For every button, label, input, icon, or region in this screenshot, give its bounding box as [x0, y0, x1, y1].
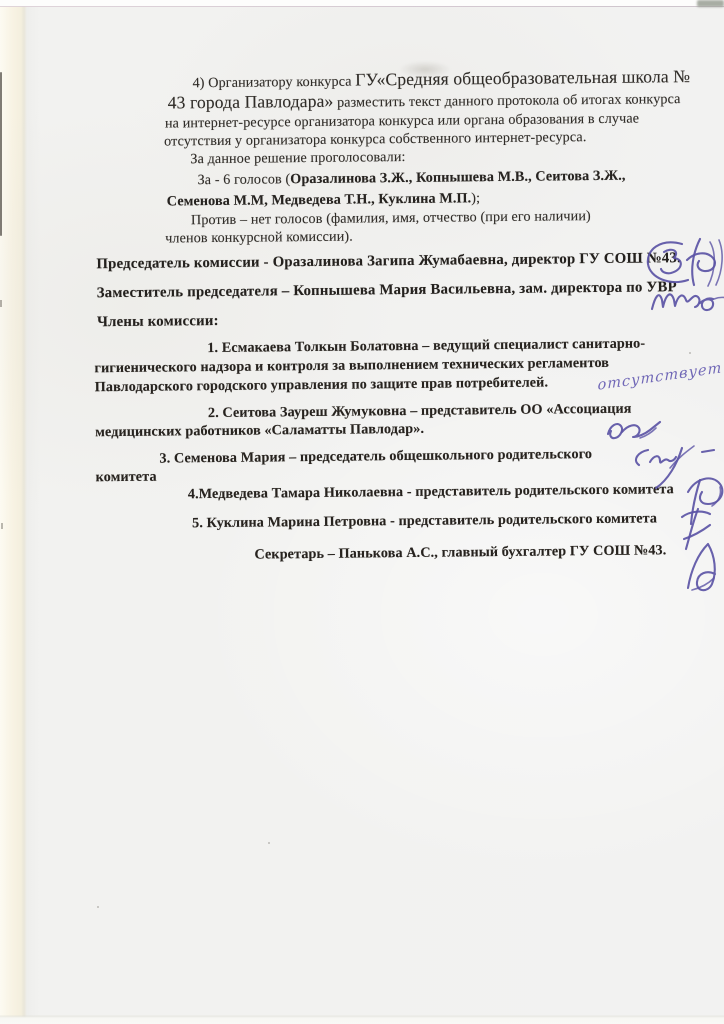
members-heading: Члены комиссии: — [97, 314, 219, 330]
member-1-line-1: 1. Есмакаева Толкын Болатовна – ведущий … — [207, 337, 645, 356]
signature-deputy-ink — [648, 281, 724, 317]
decision-line-1-normal: 4) Организатору конкурса — [192, 74, 355, 92]
decision-line-5: За данное решение проголосовали: — [190, 150, 405, 166]
member-2-line-1: 2. Сеитова Зауреш Жумуковна – представит… — [208, 402, 632, 421]
member-3-line-2: комитета — [96, 470, 157, 485]
decision-line-1-large: ГУ«Средняя общеобразовательная школа № — [355, 66, 690, 90]
vote-for-prefix: За - 6 голосов ( — [197, 171, 290, 188]
vote-for-line-1: За - 6 голосов (Оразалинова З.Ж., Копныш… — [197, 169, 625, 188]
vote-against-line-1: Против – нет голосов (фамилия, имя, отче… — [191, 209, 591, 227]
document-text-block: 4) Организатору конкурса ГУ«Средняя обще… — [0, 0, 724, 1024]
member-1-line-3: Павлодарского городского управления по з… — [95, 376, 549, 395]
member-1-line-2: гигиенического надзора и контроля за вып… — [94, 356, 609, 376]
vote-for-names-2: Семенова М.М, Медведева Т.Н., Куклина М.… — [167, 190, 472, 209]
decision-line-2: 43 города Павлодара» разместить текст да… — [168, 89, 681, 112]
deputy-chairman-line: Заместитель председателя – Копнышева Мар… — [97, 280, 677, 301]
decision-line-4: отсутствия у организатора конкурса собст… — [164, 130, 586, 149]
decision-line-2-large: 43 города Павлодара» — [168, 91, 334, 113]
member-2-line-2: медицинских работников «Саламатты Павлод… — [95, 422, 424, 440]
signature-secretary-ink — [680, 538, 724, 594]
decision-line-2-normal: разместить текст данного протокола об ит… — [333, 91, 680, 111]
chairman-line: Председатель комиссии - Оразалинова Заги… — [96, 251, 681, 272]
member-4-line-1: 4.Медведева Тамара Николаевна - представ… — [188, 482, 674, 501]
decision-line-3: на интернет-ресурсе организатора конкурс… — [165, 112, 639, 131]
secretary-line: Секретарь – Панькова А.С., главный бухга… — [254, 543, 666, 562]
vote-for-names-1: Оразалинова З.Ж., Копнышева М.В., Сеитов… — [290, 168, 625, 188]
member-3-line-1: 3. Семенова Мария – председатель общешко… — [159, 447, 592, 466]
vote-against-line-2: членов конкурсной комиссии). — [165, 230, 353, 246]
member-5-line-1: 5. Куклина Марина Петровна - представите… — [192, 511, 657, 530]
vote-for-suffix: ); — [471, 190, 480, 206]
vote-for-line-2: Семенова М.М, Медведева Т.Н., Куклина М.… — [167, 191, 481, 208]
decision-line-1: 4) Организатору конкурса ГУ«Средняя обще… — [192, 68, 690, 91]
scanned-document-page: 4) Организатору конкурса ГУ«Средняя обще… — [0, 0, 724, 1024]
